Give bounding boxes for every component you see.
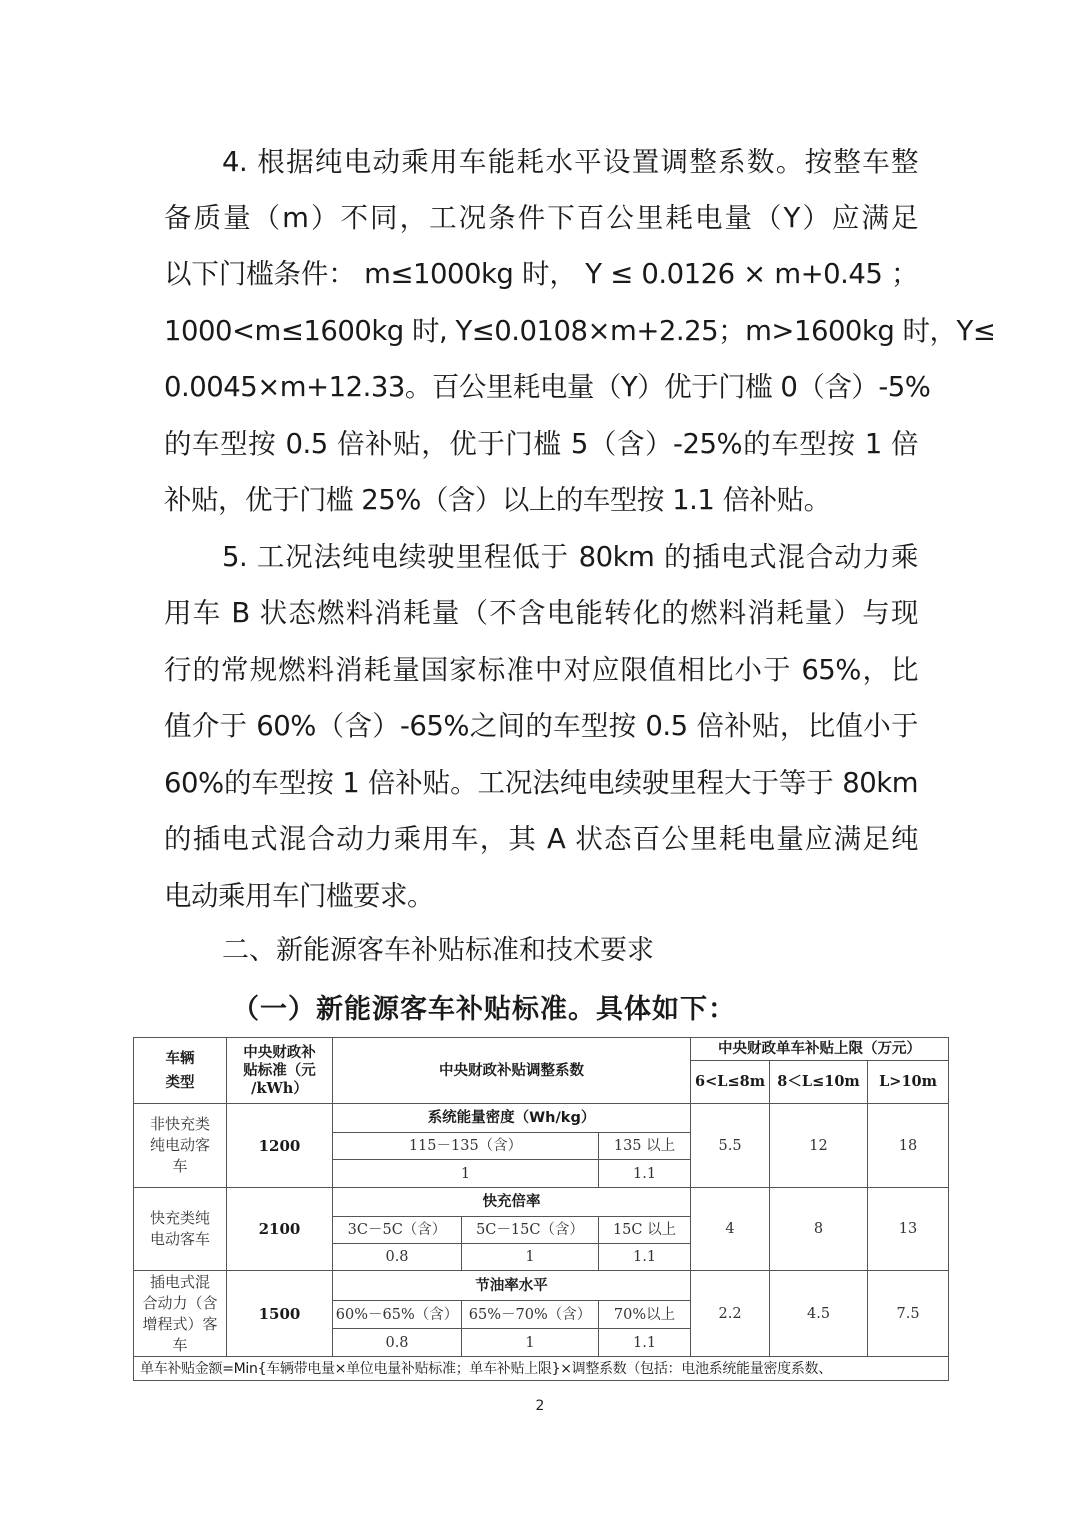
cap-cell: 18 [868,1104,949,1188]
coefficient-cell: 1.1 [599,1329,691,1357]
table-row: 插电式混 合动力（含 增程式）客 车 1500 节油率水平 2.2 4.5 7.… [134,1271,949,1301]
formula-note: 单车补贴金额=Min{车辆带电量×单位电量补贴标准；单车补贴上限}×调整系数（包… [134,1357,949,1381]
range-cell: 5C－15C（含） [462,1217,599,1244]
vehicle-type-cell: 快充类纯 电动客车 [134,1188,227,1271]
range-cell: 65%－70%（含） [462,1301,599,1329]
text-line: 补贴，优于门槛 25%（含）以上的车型按 1.1 倍补贴。 [164,480,918,520]
type-text: 非快充类 [134,1114,226,1135]
vehicle-type-cell: 插电式混 合动力（含 增程式）客 车 [134,1271,227,1357]
cap-cell: 7.5 [868,1271,949,1357]
type-text: 车 [134,1335,226,1356]
type-text: 车 [134,1156,226,1177]
range-cell: 3C－5C（含） [333,1217,462,1244]
type-text: 纯电动客 [134,1135,226,1156]
type-text: 电动客车 [134,1229,226,1250]
criterion-cell: 系统能量密度（Wh/kg） [333,1104,691,1133]
header-text: 贴标准（元 [227,1062,332,1080]
section-heading: 二、新能源客车补贴标准和技术要求 [222,931,654,971]
header-cap-6-8m: 6<L≤8m [691,1061,770,1104]
range-cell: 60%－65%（含） [333,1301,462,1329]
vehicle-type-cell: 非快充类 纯电动客 车 [134,1104,227,1188]
header-text: 中央财政补 [227,1044,332,1062]
criterion-cell: 快充倍率 [333,1188,691,1217]
subsidy-standard-cell: 1500 [227,1271,333,1357]
page-number: 2 [0,1398,1080,1414]
cap-cell: 5.5 [691,1104,770,1188]
header-text: 类型 [134,1073,226,1093]
header-cap-over-10m: L>10m [868,1061,949,1104]
range-cell: 135 以上 [599,1133,691,1160]
text-line: 的车型按 0.5 倍补贴，优于门槛 5（含）-25%的车型按 1 倍 [164,424,918,464]
header-adjustment-coefficient: 中央财政补贴调整系数 [333,1038,691,1104]
range-cell: 70%以上 [599,1301,691,1329]
coefficient-cell: 0.8 [333,1244,462,1271]
coefficient-cell: 1.1 [599,1244,691,1271]
text-line: 的插电式混合动力乘用车，其 A 状态百公里耗电量应满足纯 [164,819,918,859]
range-cell: 15C 以上 [599,1217,691,1244]
bus-subsidy-table: 车辆 类型 中央财政补 贴标准（元 /kWh） 中央财政补贴调整系数 中央财政单… [133,1037,949,1381]
text-line: 电动乘用车门槛要求。 [164,876,918,916]
header-cap: 中央财政单车补贴上限（万元） [691,1038,949,1061]
type-text: 快充类纯 [134,1208,226,1229]
cap-cell: 8 [770,1188,868,1271]
cap-cell: 4.5 [770,1271,868,1357]
text-line: 0.0045×m+12.33。百公里耗电量（Y）优于门槛 0（含）-5% [164,367,918,407]
cap-cell: 13 [868,1188,949,1271]
cap-cell: 4 [691,1188,770,1271]
type-text: 插电式混 [134,1272,226,1293]
subsection-heading: （一）新能源客车补贴标准。具体如下： [232,990,736,1030]
table-row: 非快充类 纯电动客 车 1200 系统能量密度（Wh/kg） 5.5 12 18 [134,1104,949,1133]
coefficient-cell: 0.8 [333,1329,462,1357]
header-text: /kWh） [227,1080,332,1098]
text-line: 4. 根据纯电动乘用车能耗水平设置调整系数。按整车整 [222,142,918,182]
header-cap-8-10m: 8＜L≤10m [770,1061,868,1104]
text-line: 行的常规燃料消耗量国家标准中对应限值相比小于 65%，比 [164,650,918,690]
text-line: 60%的车型按 1 倍补贴。工况法纯电续驶里程大于等于 80km [164,763,918,803]
type-text: 合动力（含 [134,1293,226,1314]
cap-cell: 2.2 [691,1271,770,1357]
type-text: 增程式）客 [134,1314,226,1335]
text-line: 以下门槛条件： m≤1000kg 时， Y ≤ 0.0126 × m+0.45 … [164,254,918,294]
coefficient-cell: 1 [462,1244,599,1271]
cap-cell: 12 [770,1104,868,1188]
subsidy-standard-cell: 2100 [227,1188,333,1271]
range-cell: 115－135（含） [333,1133,599,1160]
text-line: 1000<m≤1600kg 时, Y≤0.0108×m+2.25；m>1600k… [164,311,918,351]
table-row: 快充类纯 电动客车 2100 快充倍率 4 8 13 [134,1188,949,1217]
coefficient-cell: 1 [462,1329,599,1357]
coefficient-cell: 1.1 [599,1160,691,1188]
text-line: 5. 工况法纯电续驶里程低于 80km 的插电式混合动力乘 [222,537,918,577]
text-line: 用车 B 状态燃料消耗量（不含电能转化的燃料消耗量）与现 [164,593,918,633]
text-line: 值介于 60%（含）-65%之间的车型按 0.5 倍补贴，比值小于 [164,706,918,746]
text-line: 备质量（m）不同，工况条件下百公里耗电量（Y）应满足 [164,198,918,238]
coefficient-cell: 1 [333,1160,599,1188]
criterion-cell: 节油率水平 [333,1271,691,1301]
subsidy-standard-cell: 1200 [227,1104,333,1188]
header-text: 车辆 [134,1049,226,1069]
header-vehicle-type: 车辆 类型 [134,1038,227,1104]
header-subsidy-standard: 中央财政补 贴标准（元 /kWh） [227,1038,333,1104]
